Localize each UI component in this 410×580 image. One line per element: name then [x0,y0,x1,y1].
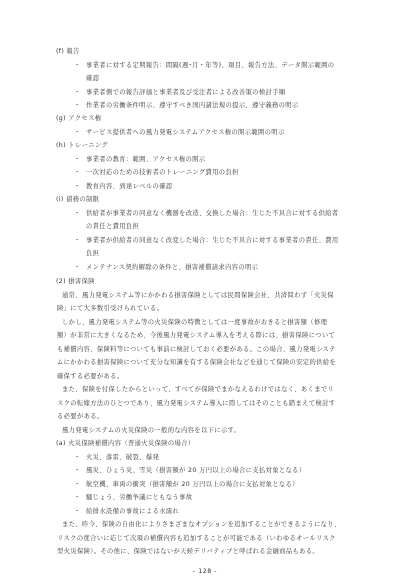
bullet-icon: ・ [74,265,81,271]
list-item: 事業者側での報告評価と事業者及び受注者による改善策の検討手順 [86,90,285,96]
subsection-heading-a: (a) 火災保険補償内容（普通火災保険の場合） [56,441,194,447]
bullet-icon: ・ [74,211,81,217]
paragraph-line: 型火災保険）。その他に、保険ではないが天候デリバティブと呼ばれる金融商品もある。 [57,549,319,555]
bullet-icon: ・ [74,184,81,190]
bullet-icon: ・ [74,157,81,163]
list-item: 作業者の労働条件明示、遵守すべき国内諸法規の提示、遵守義務の明示 [86,103,299,109]
section-heading-f: (f) 報告 [56,49,80,55]
list-item-continuation: 負担 [86,251,99,257]
section-heading-2: (2) 損害保険 [56,279,95,285]
paragraph-line: ムにかかわる損害保険について充分な知識を有する保険会社などを通じて保険の安定的供… [57,360,336,366]
list-item: 供給者が事業者の同意なく機器を改造、交換した場合：生じた不具合に対する供給者 [86,211,339,217]
bullet-icon: ・ [74,482,81,488]
list-item: 事業者が供給者の同意なく改変した場合：生じた不具合に対する事業者の責任、費用 [86,238,339,244]
section-heading-i: (i) 債務の制限 [56,197,99,203]
paragraph-line: 通常、風力発電システム等にかかわる損害保険としては民間保険会社、共済問わず「火災… [62,293,334,299]
list-item: サービス提供者への風力発電システムアクセス権の開示範囲の明示 [86,130,285,136]
bullet-icon: ・ [74,63,81,69]
paragraph-line: 額）が非常に大きくなるため、今後風力発電システム導入を考える際には、損害保険につ… [57,333,335,339]
list-item: 風災、ひょう災、雪災（損害額が 20 万円以上の場合に支払対象となる） [86,468,305,474]
bullet-icon: ・ [74,495,81,501]
list-item: 給排水設備の事故による水濡れ [86,509,179,515]
paragraph-line: る必要がある。 [57,414,104,420]
list-item: 騒じょう、労働争議にともなう事故 [86,495,192,501]
list-item: 事業者の教育：範囲、アクセス権の開示 [86,157,205,163]
paragraph-line: 険」にて大多数引受けられている。 [57,306,163,312]
paragraph-line: しかし、風力発電システム等の火災保険の特徴としては一度事故がおきると損害額（修理 [62,320,327,326]
list-item: 事業者に対する定期報告：間隔(週･月・年等)、項目、報告方法、データ開示範囲の [86,63,334,69]
bullet-icon: ・ [74,130,81,136]
document-page: (f) 報告 ・ 事業者に対する定期報告：間隔(週･月・年等)、項目、報告方法、… [0,0,410,580]
section-heading-g: (g) アクセス権 [56,116,101,122]
list-item: 教育内容、到達レベルの確認 [86,184,172,190]
bullet-icon: ・ [74,509,81,515]
bullet-icon: ・ [74,238,81,244]
paragraph-line: スクの転嫁方法のひとつであり、風力発電システム導入に際してはそのことも踏まえて検… [57,401,335,407]
list-item-continuation: 確認 [86,76,99,82]
list-item: 一次対応のための技術者のトレーニング費用の負担 [86,170,239,176]
paragraph-line: も補償内容、保険料等についても事前に検討しておく必要がある。この場合、風力発電シ… [57,347,336,353]
paragraph-line: リスクの度合いに応じて次項の補償内容も追加することが可能である（いわゆるオールリ… [57,536,336,542]
list-item: 航空機、車両の衝突（損害額が 20 万円以上の場合に支払対象となる） [86,482,299,488]
page-number: - 128 - [0,569,410,575]
bullet-icon: ・ [74,90,81,96]
list-item: 火災、落雷、破裂、爆発 [86,455,159,461]
bullet-icon: ・ [74,455,81,461]
list-item: メンテナンス契約解除の条件と、損害補償請求内容の明示 [86,265,258,271]
paragraph-line: また、保険を付保したからといって、すべてが保険でまかなえるわけではなく、あくまで… [62,387,334,393]
bullet-icon: ・ [74,103,81,109]
paragraph-line: 風力発電システムの火災保険の一般的な内容を以下に示す。 [62,428,240,434]
section-heading-h: (h) トレーニング [56,143,108,149]
list-item-continuation: の責任と費用負担 [86,224,139,230]
bullet-icon: ・ [74,468,81,474]
paragraph-line: また、昨今、保険の自由化によりさまざまなオプションを追加することができるようにな… [62,522,341,528]
paragraph-line: 確保する必要がある。 [57,374,123,380]
bullet-icon: ・ [74,170,81,176]
